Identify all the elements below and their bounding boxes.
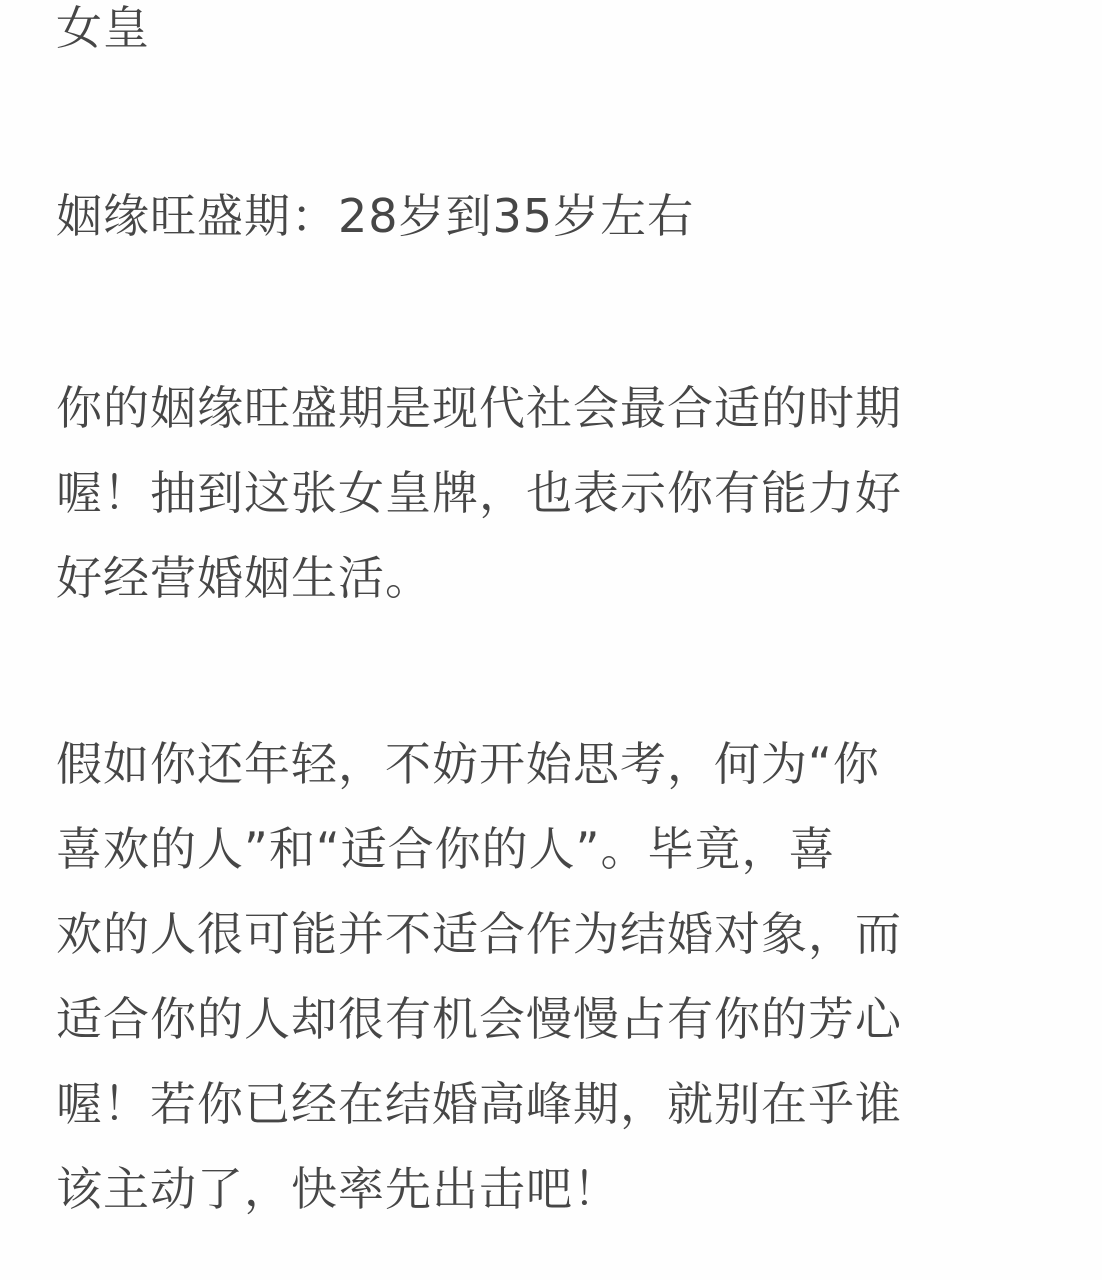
advice-line: 喔！若你已经在结婚高峰期，就别在乎谁 [56,1062,1016,1147]
card-title-text: 女皇 [56,0,1016,71]
card-title: 女皇 [56,0,1016,71]
marriage-period-text: 姻缘旺盛期：28岁到35岁左右 [56,174,1016,259]
intro-paragraph: 你的姻缘旺盛期是现代社会最合适的时期 喔！抽到这张女皇牌，也表示你有能力好 好经… [56,366,1016,621]
intro-line: 好经营婚姻生活。 [56,536,1016,621]
advice-line: 适合你的人却很有机会慢慢占有你的芳心 [56,977,1016,1062]
advice-line: 该主动了，快率先出击吧！ [56,1147,1016,1232]
intro-line: 你的姻缘旺盛期是现代社会最合适的时期 [56,366,1016,451]
advice-line: 假如你还年轻，不妨开始思考，何为“你 [56,722,1016,807]
advice-paragraph: 假如你还年轻，不妨开始思考，何为“你 喜欢的人”和“适合你的人”。毕竟，喜 欢的… [56,722,1016,1232]
intro-line: 喔！抽到这张女皇牌，也表示你有能力好 [56,451,1016,536]
marriage-period-line: 姻缘旺盛期：28岁到35岁左右 [56,174,1016,259]
advice-line: 欢的人很可能并不适合作为结婚对象，而 [56,892,1016,977]
advice-line: 喜欢的人”和“适合你的人”。毕竟，喜 [56,807,1016,892]
